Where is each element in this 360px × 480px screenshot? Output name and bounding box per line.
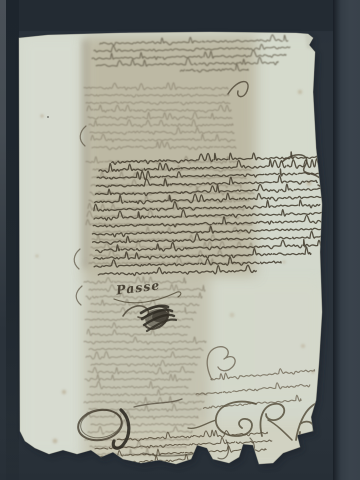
manuscript-photo: Passe — [0, 0, 360, 480]
ink-speck — [47, 116, 49, 118]
paper-sheet-drawing — [0, 0, 360, 480]
